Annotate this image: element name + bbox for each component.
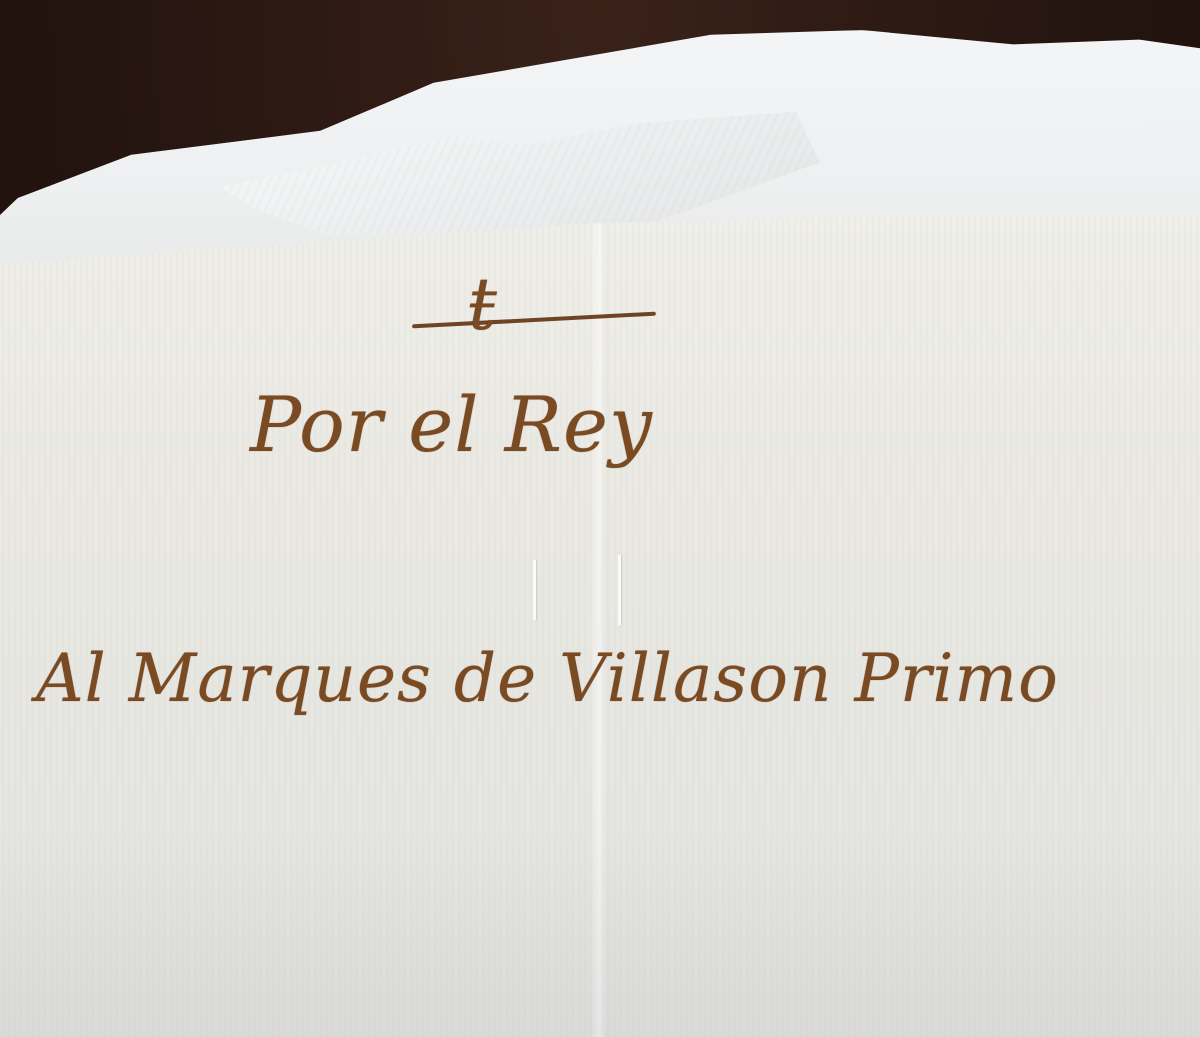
packet-front-face	[0, 215, 1200, 1037]
paper-crease	[618, 555, 621, 625]
postal-mark: ŧ	[468, 262, 498, 346]
inscription-line-2: Al Marques de Villason Primo	[36, 640, 1059, 717]
paper-crease	[533, 560, 536, 620]
inscription-line-1: Por el Rey	[250, 380, 653, 469]
